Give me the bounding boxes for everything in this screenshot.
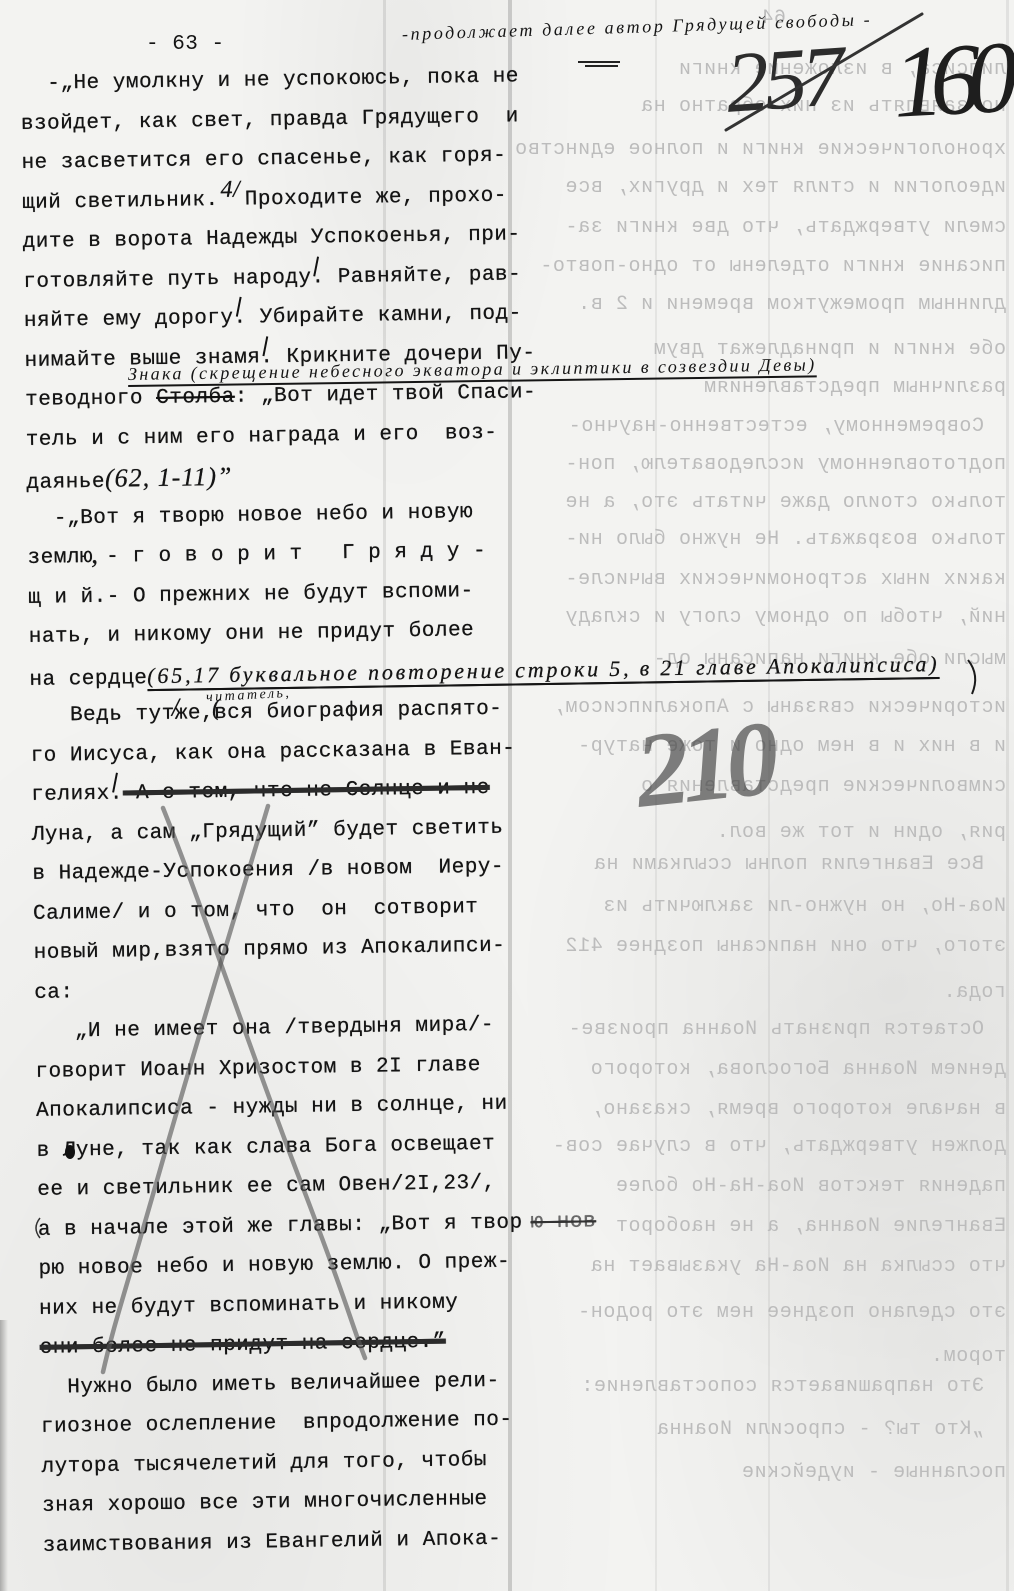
text-segment: даянье	[26, 471, 105, 495]
scan-fold-line	[1006, 0, 1009, 1591]
bleed-line: дением Иоанна Богослова, которого	[590, 1057, 1006, 1083]
bleed-line: Современному, естественно-научно-	[568, 414, 984, 440]
handwritten-reference-isaiah-62: (62, 1-11)”	[105, 462, 233, 493]
insert-slash-text: /	[171, 687, 179, 727]
text-segment: землю	[27, 546, 93, 570]
bleed-line: подготовленному исследователю, пон-	[565, 452, 1006, 478]
bleed-line: Евангелие Иоанна, а не наоборот	[615, 1214, 1006, 1240]
text-segment: : „Вот идет твой Спаси-	[235, 381, 537, 409]
bleed-line: тором.	[930, 1344, 1006, 1370]
bleed-line: только стоило даже читать это, а не	[565, 490, 1006, 516]
bleed-line: должен утверждать, что в случае сов-	[552, 1134, 1006, 1160]
typewritten-body: -„Не умолкну и не успокоюсь, пока не взо…	[20, 57, 563, 1566]
bleed-line: хронологические книги и полное единство	[515, 137, 1006, 163]
bleed-line: Все Евангелия полны ссылками на	[593, 852, 984, 878]
bleed-line: этого, что они написаны позднее 412	[565, 934, 1006, 960]
text-segment: а в начале этой же главы: „Вот я твор	[38, 1211, 523, 1241]
comma-text: ,	[91, 534, 99, 574]
archive-folio-number: 160	[890, 27, 1006, 135]
bleed-line: Остается признать Иоанна произве-	[568, 1017, 984, 1043]
text-line: рю новое небо и новую землю. О преж-	[38, 1242, 559, 1289]
bleed-line: ний, чтобы по одному слогу и складу	[565, 605, 1006, 631]
verse-mark-text: 4/	[220, 171, 240, 211]
text-segment: - г о в о р и т Г р я д у -	[93, 540, 486, 569]
bleed-line: „Кто ты? - спросили Иоанна	[656, 1417, 984, 1443]
struck-phrase: А о том, что не Солнце и не	[123, 777, 490, 806]
text-line: тель и с ним его награда и его воз-	[25, 412, 546, 459]
text-segment: Проходите же, прохо-	[218, 184, 507, 211]
bleed-line: года.	[943, 980, 1006, 1006]
bleed-line: только возражать. Не нужно было ни-	[565, 527, 1006, 553]
text-segment: на сердце	[29, 667, 147, 692]
bleed-line: исторически связаны с Апокалипсисом,	[552, 695, 1006, 721]
text-segment: гелиях.	[31, 783, 123, 807]
text-segment: теводного	[25, 387, 156, 412]
bleed-line: каких иных астрономических вычисле-	[565, 567, 1006, 593]
scanned-typewritten-page: 64 липсиса, в изложение книги но заявлят…	[0, 0, 1014, 1591]
bleed-line: это сделано позднее нем это родон-	[578, 1300, 1006, 1326]
page-number: - 63 -	[146, 30, 225, 60]
bleed-line: рия, один и тот же вол.	[716, 820, 1006, 846]
text-segment: няйте ему дорогу.	[24, 307, 247, 333]
bleed-line: писание книги отделены от одно-повто-	[540, 254, 1006, 280]
text-segment: Ведь тут	[70, 703, 175, 728]
struck-word: Столба	[156, 386, 235, 410]
bleed-line: падения текстов Иоа-На-Но более	[615, 1174, 1006, 1200]
bleed-line: Это напрашивается сопоставление:	[581, 1374, 984, 1400]
text-segment: готовляйте путь народу.	[23, 266, 325, 294]
bleed-line: Иоа-Но, но нужно-ли заключить из	[603, 894, 1006, 920]
bleed-line: что ссылка на Иоа-На указывает на	[590, 1254, 1006, 1280]
bleed-line: в начале которого время, сказано,	[590, 1097, 1006, 1123]
bleed-line: различным представлениям	[704, 375, 1006, 401]
bleed-line: смели утверждать, что две книги за-	[565, 215, 1006, 241]
text-segment: щий светильник.	[22, 188, 219, 214]
pencil-number: 210	[631, 705, 776, 825]
bleed-line: посланные - иудейские	[741, 1460, 1006, 1486]
bleed-line: длинным промежутком времени и 2 в.	[578, 292, 1006, 318]
text-line: заимствования из Евангелий и Апока-	[42, 1518, 563, 1565]
bleed-line: идеологии и стиля тех и других, все	[565, 175, 1006, 201]
text-segment: Равняйте, рав-	[324, 263, 521, 289]
struck-line: они более не придут на сердце.”	[40, 1331, 446, 1360]
page-edge-shadow	[0, 1320, 8, 1591]
crossed-archive-number: 257	[723, 32, 843, 126]
text-line: новый мир,взято прямо из Апокалипси-	[33, 926, 554, 973]
text-segment: Убирайте камни, под-	[246, 302, 521, 329]
struck-overflow-text: ю нов	[530, 1210, 596, 1234]
